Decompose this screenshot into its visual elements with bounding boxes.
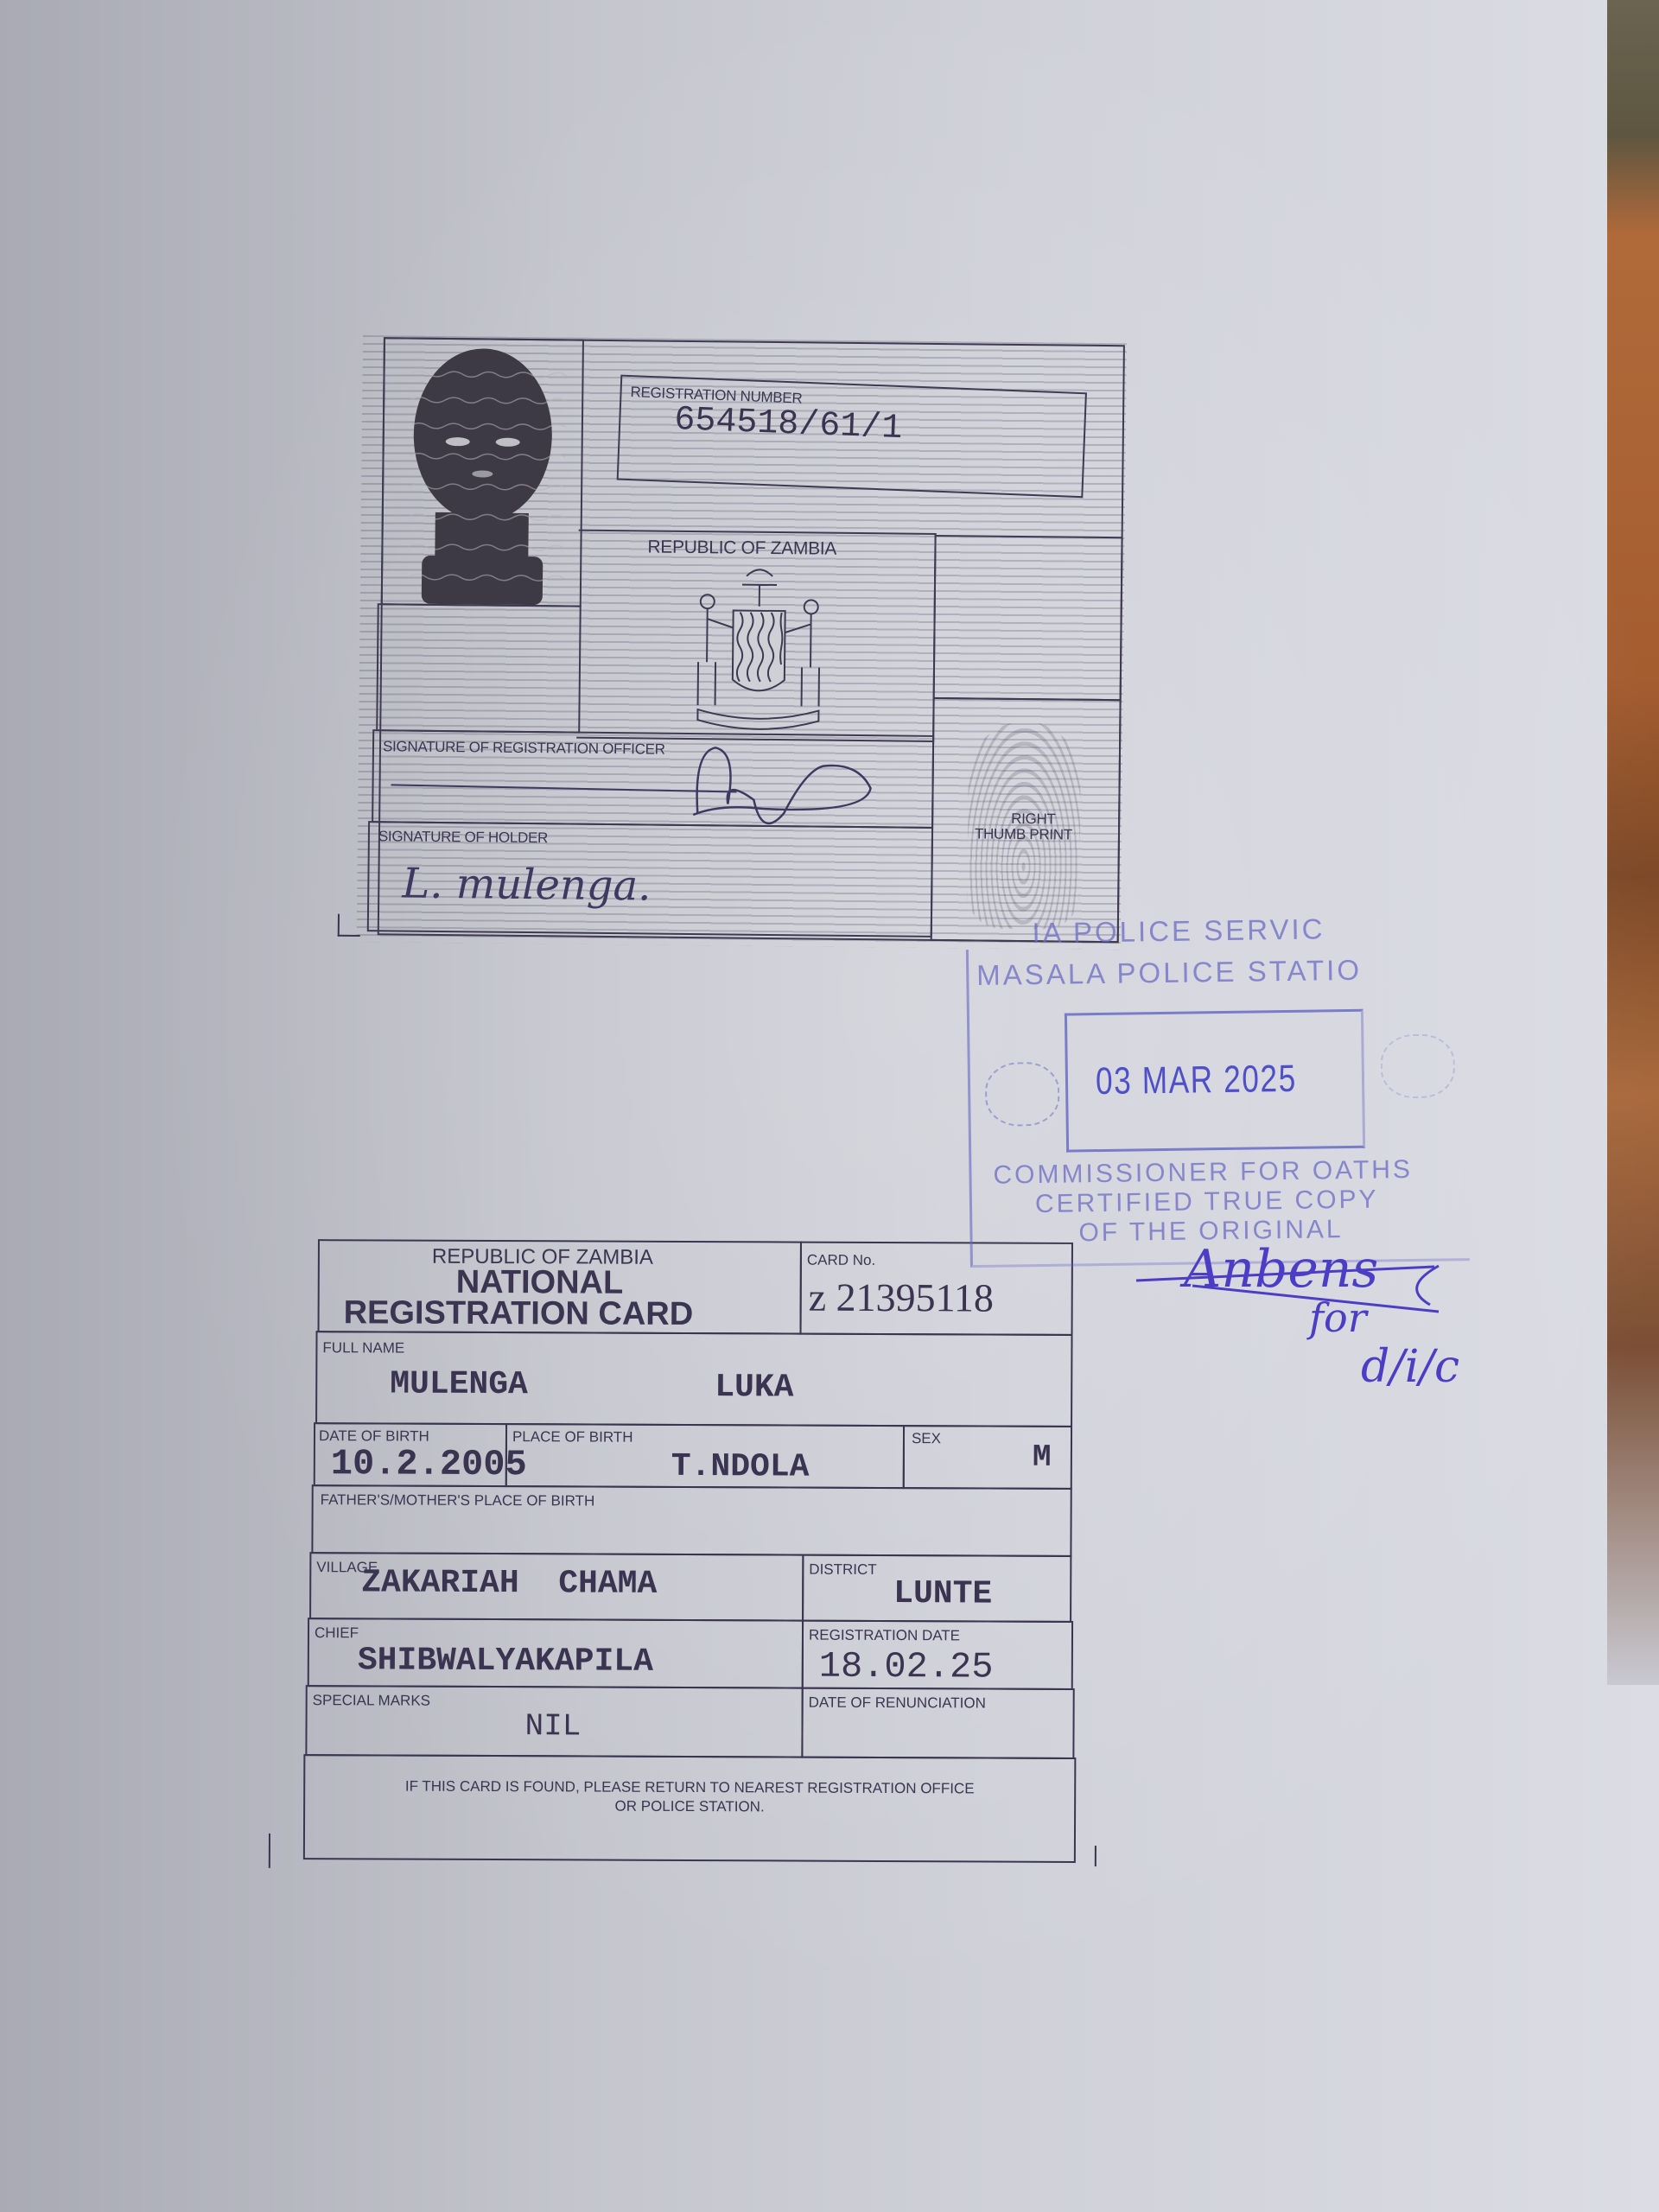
special-marks-box: SPECIAL MARKS NIL — [305, 1685, 803, 1758]
certifier-signature: Anbens for d/i/c — [1132, 1244, 1512, 1417]
crop-mark — [1095, 1846, 1096, 1866]
registration-date-label: REGISTRATION DATE — [809, 1627, 960, 1645]
given-name-value: LUKA — [715, 1369, 793, 1406]
renunciation-box: DATE OF RENUNCIATION — [801, 1688, 1074, 1759]
blank-box-right-top — [933, 535, 1123, 701]
renunciation-label: DATE OF RENUNCIATION — [809, 1694, 986, 1713]
sex-value: M — [1033, 1440, 1052, 1475]
village-box: VILLAGE ZAKARIAH CHAMA — [309, 1552, 804, 1621]
thumb-print-label-line2: THUMB PRINT — [975, 825, 1072, 843]
stamp-date: 03 MAR 2025 — [1096, 1058, 1298, 1103]
signature-line1: Anbens — [1184, 1239, 1378, 1300]
crop-mark — [269, 1834, 270, 1868]
signature-line2: for — [1309, 1294, 1367, 1341]
return-notice: IF THIS CARD IS FOUND, PLEASE RETURN TO … — [305, 1777, 1074, 1818]
blank-box-under-photo — [376, 603, 582, 733]
pob-value: T.NDOLA — [671, 1448, 810, 1486]
district-box: DISTRICT LUNTE — [802, 1554, 1071, 1623]
card-title-box: REPUBLIC OF ZAMBIA NATIONAL REGISTRATION… — [318, 1239, 802, 1334]
village-value: ZAKARIAH CHAMA — [361, 1564, 657, 1602]
full-name-label: FULL NAME — [322, 1339, 404, 1357]
dob-value: 10.2.2005 — [331, 1443, 527, 1485]
holder-photo — [383, 339, 582, 605]
crop-mark — [338, 914, 340, 937]
sex-box: SEX M — [903, 1425, 1072, 1490]
registration-date-box: REGISTRATION DATE 18.02.25 — [802, 1620, 1073, 1690]
registration-number-value: 654518/61/1 — [673, 401, 903, 448]
dob-box: DATE OF BIRTH 10.2.2005 — [314, 1422, 507, 1487]
full-name-box: FULL NAME MULENGA LUKA — [315, 1331, 1072, 1427]
police-emblem-icon — [1380, 1033, 1455, 1098]
sex-label: SEX — [912, 1430, 941, 1447]
coat-of-arms-box: REPUBLIC OF ZAMBIA — [576, 530, 937, 742]
holder-signature-label: SIGNATURE OF HOLDER — [378, 828, 548, 847]
card-title-line2: REGISTRATION CARD — [344, 1294, 694, 1333]
stamp-line-station: MASALA POLICE STATIO — [976, 954, 1362, 992]
stamp-line-police-service: IA POLICE SERVIC — [979, 912, 1325, 950]
crop-mark — [338, 935, 360, 937]
registration-date-value: 18.02.25 — [819, 1646, 994, 1688]
background-surface — [1607, 0, 1659, 1685]
special-marks-label: SPECIAL MARKS — [313, 1692, 430, 1710]
special-marks-value: NIL — [524, 1708, 581, 1744]
stamp-line-certified: CERTIFIED TRUE COPY — [1035, 1185, 1379, 1220]
photo-box — [381, 337, 584, 607]
district-value: LUNTE — [893, 1575, 992, 1612]
pob-label: PLACE OF BIRTH — [512, 1428, 633, 1446]
chief-value: SHIBWALYAKAPILA — [358, 1642, 653, 1680]
nrc-back-copy: REPUBLIC OF ZAMBIA NATIONAL REGISTRATION… — [289, 1237, 1082, 1863]
nrc-front-copy: REGISTRATION NUMBER 654518/61/1 REPUBLIC… — [357, 335, 1127, 950]
officer-signature-box: SIGNATURE OF REGISTRATION OFFICER — [372, 729, 934, 829]
return-notice-line2: OR POLICE STATION. — [305, 1796, 1074, 1818]
holder-signature-box: SIGNATURE OF HOLDER L. mulenga. — [367, 821, 933, 938]
parents-pob-box: FATHER'S/MOTHER'S PLACE OF BIRTH — [311, 1484, 1071, 1557]
republic-label: REPUBLIC OF ZAMBIA — [647, 537, 836, 559]
surname-value: MULENGA — [390, 1365, 528, 1403]
card-number-value: z 21395118 — [809, 1274, 994, 1321]
return-notice-line1: IF THIS CARD IS FOUND, PLEASE RETURN TO … — [305, 1777, 1074, 1799]
officer-signature — [373, 731, 927, 832]
district-label: DISTRICT — [809, 1561, 876, 1579]
signature-line3: d/i/c — [1361, 1341, 1459, 1393]
chief-label: CHIEF — [315, 1624, 359, 1642]
chief-box: CHIEF SHIBWALYAKAPILA — [308, 1618, 804, 1689]
coat-of-arms-icon — [671, 558, 846, 733]
police-emblem-icon — [985, 1062, 1060, 1127]
return-notice-box: IF THIS CARD IS FOUND, PLEASE RETURN TO … — [303, 1754, 1077, 1863]
pob-box: PLACE OF BIRTH T.NDOLA — [505, 1423, 905, 1489]
police-certification-stamp: IA POLICE SERVIC MASALA POLICE STATIO 03… — [972, 895, 1478, 1265]
registration-number-box: REGISTRATION NUMBER 654518/61/1 — [617, 375, 1087, 499]
parents-pob-label: FATHER'S/MOTHER'S PLACE OF BIRTH — [321, 1491, 595, 1510]
card-number-label: CARD No. — [807, 1252, 875, 1269]
holder-signature: L. mulenga. — [402, 860, 652, 911]
